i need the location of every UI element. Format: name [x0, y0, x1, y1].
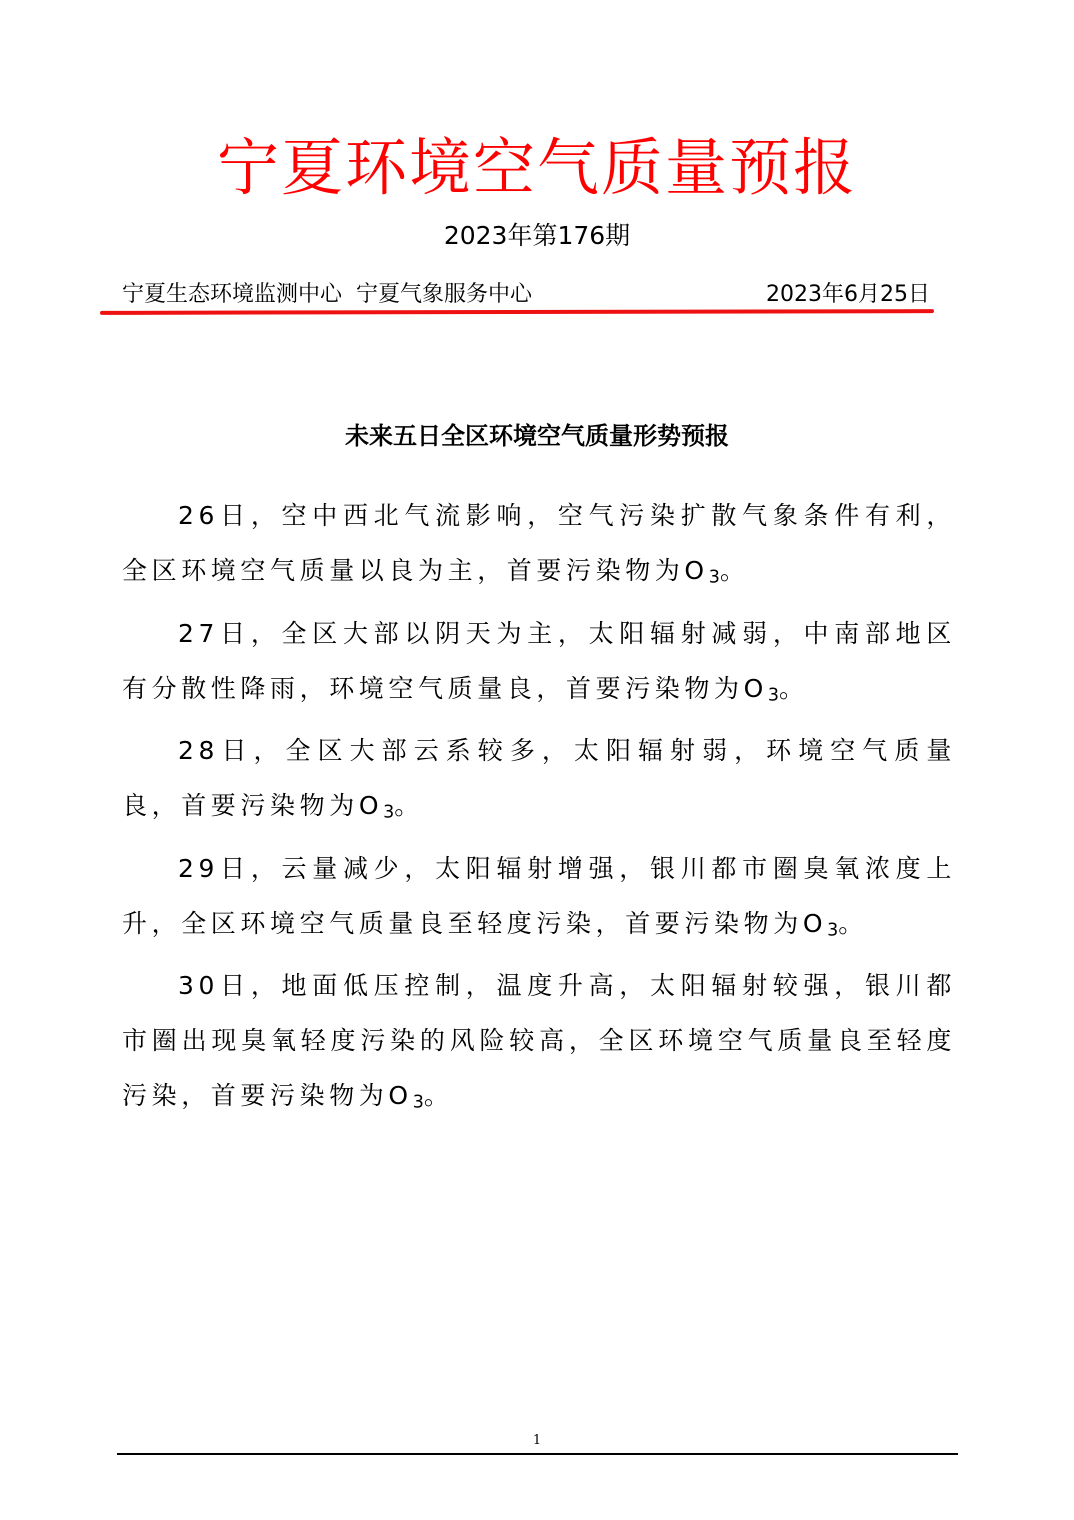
forecast-paragraph: 26日，空中西北气流影响，空气污染扩散气象条件有利，全区环境空气质量以良为主，首… [122, 488, 956, 606]
punctuation: 。 [424, 1081, 454, 1110]
footer-divider [117, 1453, 958, 1455]
forecast-paragraph: 27日，全区大部以阴天为主，太阳辐射减弱，中南部地区有分散性降雨，环境空气质量良… [122, 606, 956, 724]
pollutant-subscript: 3 [413, 1093, 424, 1113]
pollutant: O [388, 1081, 412, 1110]
forecast-day: 29日 [178, 854, 251, 883]
publisher-row: 宁夏生态环境监测中心 宁夏气象服务中心 2023年6月25日 [122, 278, 930, 312]
publish-date: 2023年6月25日 [766, 278, 930, 312]
pollutant: O [359, 791, 383, 820]
forecast-paragraph: 28日，全区大部云系较多，太阳辐射弱，环境空气质量良，首要污染物为O3。 [122, 723, 956, 841]
pollutant-subscript: 3 [768, 685, 779, 705]
issue-number: 2023年第176期 [0, 218, 1074, 254]
pollutant-subscript: 3 [383, 803, 394, 823]
publishers: 宁夏生态环境监测中心 宁夏气象服务中心 [122, 278, 532, 312]
punctuation: 。 [720, 556, 750, 585]
pollutant: O [684, 556, 708, 585]
punctuation: 。 [394, 791, 424, 820]
forecast-day: 26日 [178, 501, 251, 530]
forecast-body: 26日，空中西北气流影响，空气污染扩散气象条件有利，全区环境空气质量以良为主，首… [122, 488, 956, 1131]
forecast-day: 28日 [178, 736, 254, 765]
section-title: 未来五日全区环境空气质量形势预报 [0, 418, 1074, 454]
header-divider [100, 309, 934, 315]
forecast-day: 30日 [178, 971, 251, 1000]
forecast-day: 27日 [178, 619, 251, 648]
forecast-paragraph: 30日，地面低压控制，温度升高，太阳辐射较强，银川都市圈出现臭氧轻度污染的风险较… [122, 958, 956, 1131]
pollutant: O [803, 909, 827, 938]
forecast-paragraph: 29日，云量减少，太阳辐射增强，银川都市圈臭氧浓度上升，全区环境空气质量良至轻度… [122, 841, 956, 959]
report-title: 宁夏环境空气质量预报 [0, 128, 1074, 208]
pollutant-subscript: 3 [709, 568, 720, 588]
punctuation: 。 [838, 909, 868, 938]
punctuation: 。 [779, 674, 809, 703]
pollutant: O [744, 674, 768, 703]
page-number: 1 [0, 1433, 1074, 1448]
pollutant-subscript: 3 [827, 920, 838, 940]
